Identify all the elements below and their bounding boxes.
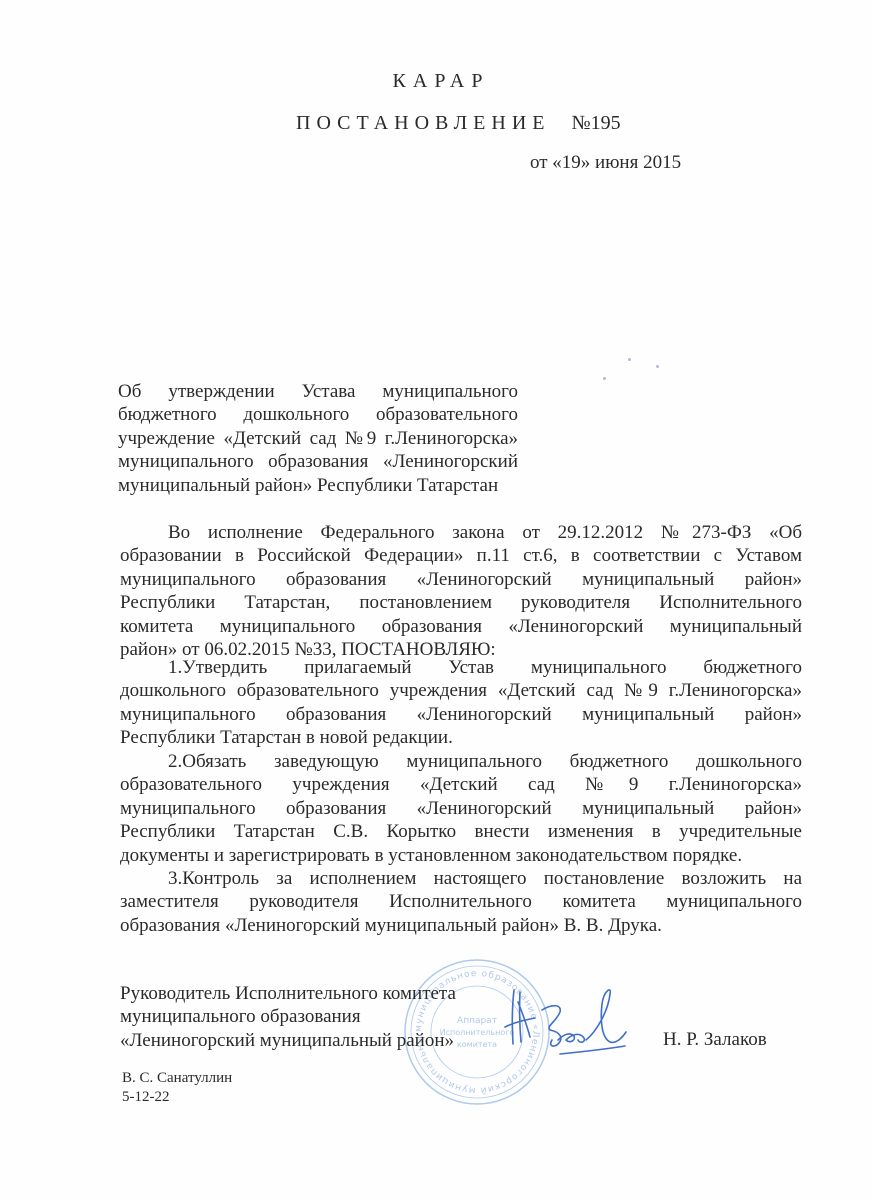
paragraph-line: заместителя руководителя Исполнительного… [120, 890, 802, 913]
signatory-position: Руководитель Исполнительного комитета му… [120, 982, 456, 1052]
paragraph-line: муниципального образования «Лениногорски… [120, 568, 802, 591]
paragraph-line: образовании в Российской Федерации» п.11… [120, 544, 802, 567]
paragraph-line: Во исполнение Федерального закона от 29.… [120, 521, 802, 544]
paragraph-line: Республики Татарстан в новой редакции. [120, 726, 802, 749]
position-line: Руководитель Исполнительного комитета [120, 982, 456, 1005]
resolution-item-2: 2.Обязать заведующую муниципального бюдж… [120, 750, 802, 867]
subject-line: бюджетного дошкольного образовательного [118, 403, 518, 426]
document-date: от «19» июня 2015 [530, 152, 681, 174]
executor-info: В. С. Санатуллин 5-12-22 [122, 1069, 232, 1107]
paragraph-line: Республики Татарстан С.В. Корытко внести… [120, 820, 802, 843]
scan-speck [628, 358, 631, 361]
paragraph-line: комитета муниципального образования «Лен… [120, 615, 802, 638]
title-russian: ПОСТАНОВЛЕНИЕ [296, 112, 550, 134]
paragraph-line: 3.Контроль за исполнением настоящего пос… [120, 867, 802, 890]
paragraph-line: муниципального образования «Лениногорски… [120, 703, 802, 726]
stamp-center-line: комитета [457, 1040, 497, 1049]
paragraph-line: муниципального образования «Лениногорски… [120, 797, 802, 820]
handwritten-signature-icon [500, 982, 640, 1062]
resolution-item-1: 1.Утвердить прилагаемый Устав муниципаль… [120, 656, 802, 750]
executor-phone: 5-12-22 [122, 1088, 232, 1107]
document-title: ПОСТАНОВЛЕНИЕ №195 [296, 112, 621, 135]
scan-speck [656, 365, 659, 368]
paragraph-line: документы и зарегистрировать в установле… [120, 844, 802, 867]
resolution-item-3: 3.Контроль за исполнением настоящего пос… [120, 867, 802, 937]
document-page: КАРАР ПОСТАНОВЛЕНИЕ №195 от «19» июня 20… [0, 0, 872, 1200]
document-number: №195 [571, 112, 620, 134]
paragraph-line: дошкольного образовательного учреждения … [120, 679, 802, 702]
paragraph-line: образовательного учреждения «Детский сад… [120, 773, 802, 796]
subject-line: учреждение «Детский сад №9 г.Лениногорск… [118, 427, 518, 450]
signatory-name: Н. Р. Залаков [663, 1029, 767, 1051]
document-subject: Об утверждении Устава муниципального бюд… [118, 380, 518, 497]
position-line: «Лениногорский муниципальный район» [120, 1029, 456, 1052]
preamble-paragraph: Во исполнение Федерального закона от 29.… [120, 521, 802, 661]
paragraph-line: образования «Лениногорский муниципальный… [120, 914, 802, 937]
paragraph-line: Республики Татарстан, постановлением рук… [120, 591, 802, 614]
subject-line: Об утверждении Устава муниципального [118, 380, 518, 403]
paragraph-line: 2.Обязать заведующую муниципального бюдж… [120, 750, 802, 773]
scan-speck [603, 377, 606, 380]
subject-line: муниципальный район» Республики Татарста… [118, 474, 518, 497]
title-tatar: КАРАР [0, 70, 872, 93]
stamp-center-line: Аппарат [457, 1016, 497, 1026]
executor-name: В. С. Санатуллин [122, 1069, 232, 1088]
paragraph-line: 1.Утвердить прилагаемый Устав муниципаль… [120, 656, 802, 679]
position-line: муниципального образования [120, 1005, 456, 1028]
subject-line: муниципального образования «Лениногорски… [118, 450, 518, 473]
